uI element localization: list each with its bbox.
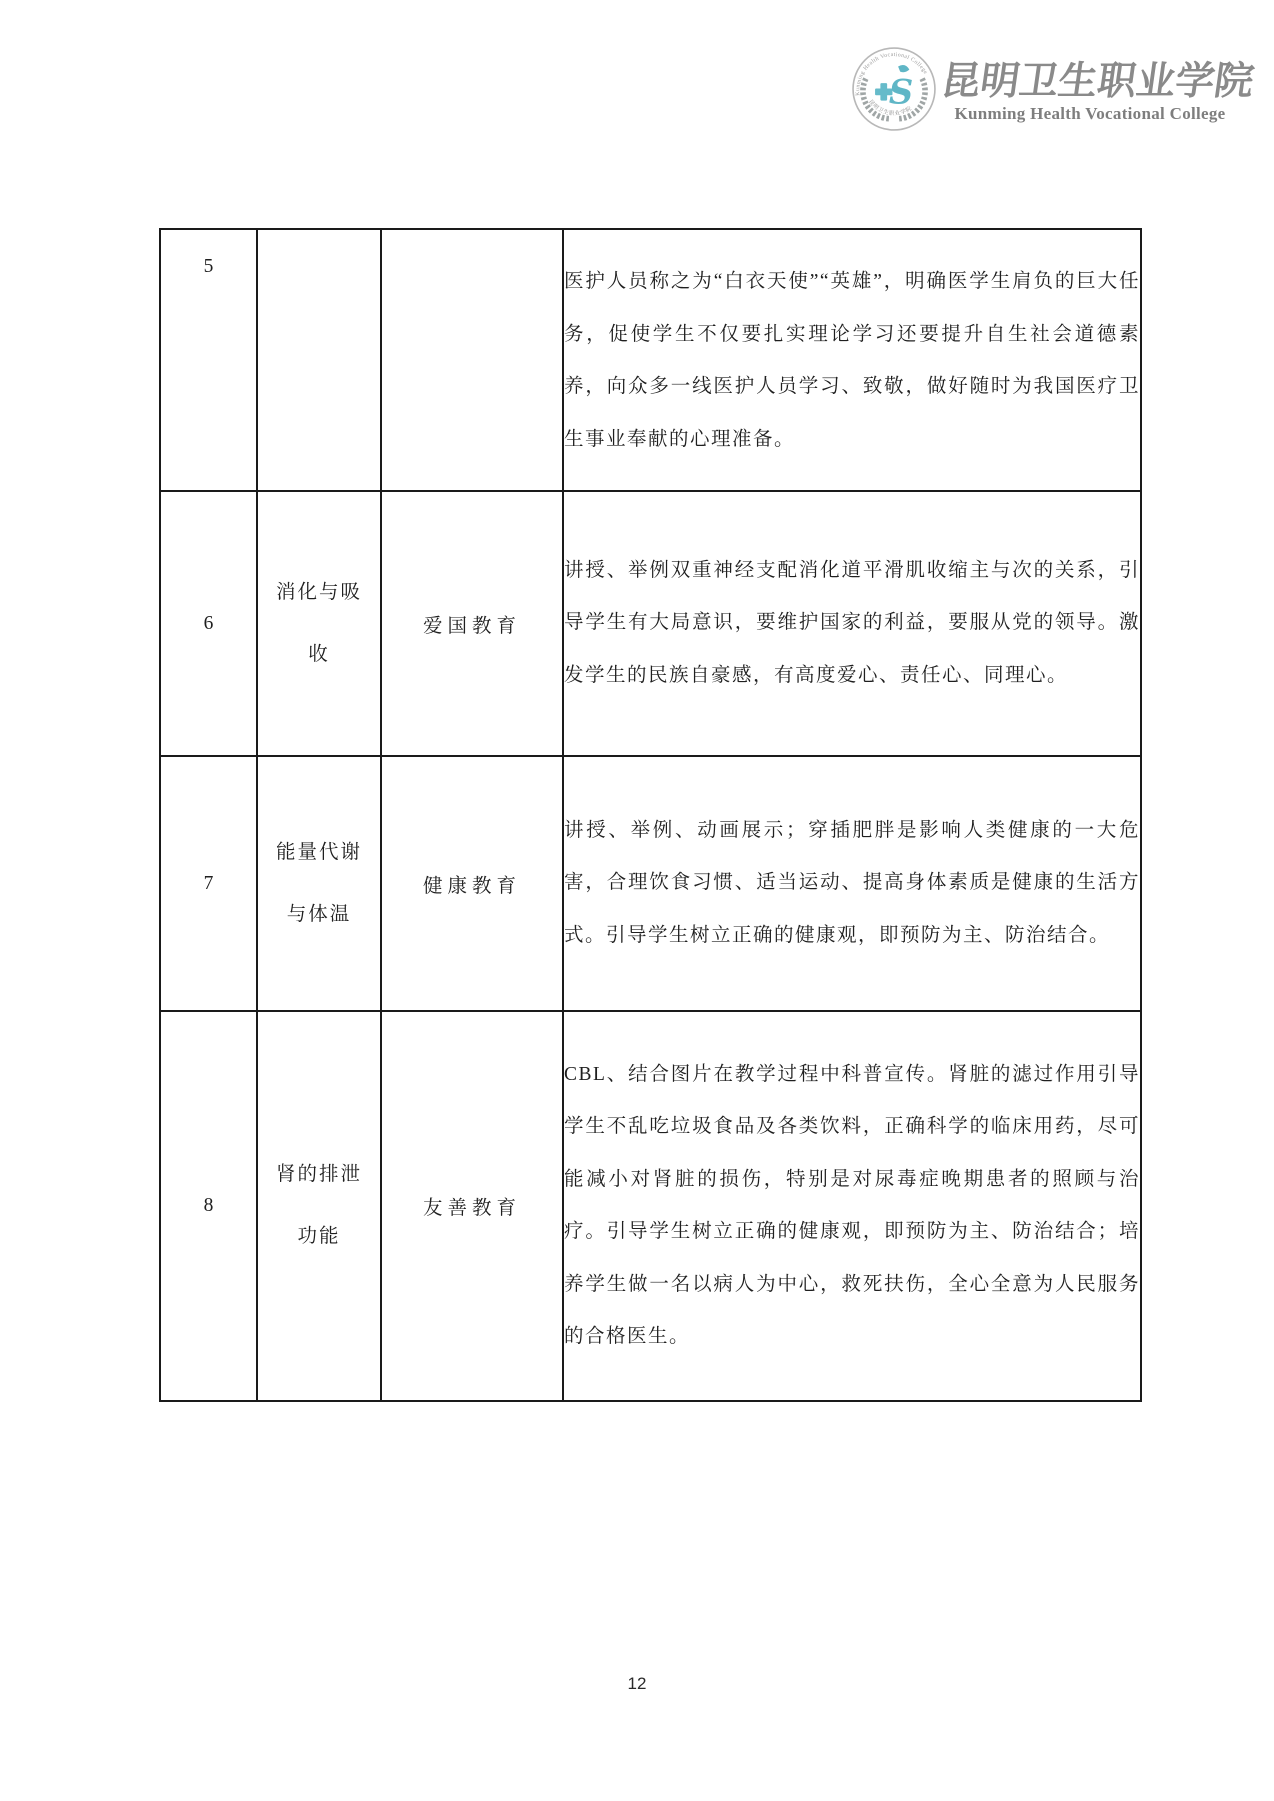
page-header: Kunming Health Vocational College S 昆明卫生…: [0, 0, 1274, 160]
description-cell: CBL、结合图片在教学过程中科普宣传。肾脏的滤过作用引导学生不乱吃垃圾食品及各类…: [563, 1011, 1141, 1401]
topic-cell: 能量代谢与体温: [257, 756, 381, 1011]
table-row: 8 肾的排泄功能 友善教育 CBL、结合图片在教学过程中科普宣传。肾脏的滤过作用…: [160, 1011, 1141, 1401]
topic-cell: 消化与吸收: [257, 491, 381, 756]
college-name-en: Kunming Health Vocational College: [940, 104, 1240, 124]
row-number-cell: 5: [160, 229, 257, 491]
row-number-cell: 6: [160, 491, 257, 756]
topic-text: 能量代谢与体温: [275, 822, 363, 946]
row-number-cell: 7: [160, 756, 257, 1011]
description-cell: 讲授、举例、动画展示；穿插肥胖是影响人类健康的一大危害，合理饮食习惯、适当运动、…: [563, 756, 1141, 1011]
logo-dragon-icon: S: [889, 71, 913, 111]
topic-text: 消化与吸收: [275, 562, 363, 686]
education-cell: 爱国教育: [381, 491, 563, 756]
college-logo: Kunming Health Vocational College S 昆明卫生…: [851, 46, 937, 132]
college-name-zh: 昆明卫生职业学院: [938, 50, 1252, 106]
topic-cell: 肾的排泄功能: [257, 1011, 381, 1401]
table-row: 6 消化与吸收 爱国教育 讲授、举例双重神经支配消化道平滑肌收缩主与次的关系，引…: [160, 491, 1141, 756]
education-cell: 友善教育: [381, 1011, 563, 1401]
document-page: Kunming Health Vocational College S 昆明卫生…: [0, 0, 1274, 1801]
page-number: 12: [0, 1674, 1274, 1694]
description-cell: 医护人员称之为“白衣天使”“英雄”，明确医学生肩负的巨大任务，促使学生不仅要扎实…: [563, 229, 1141, 491]
table-row: 5 医护人员称之为“白衣天使”“英雄”，明确医学生肩负的巨大任务，促使学生不仅要…: [160, 229, 1141, 491]
topic-text: 肾的排泄功能: [275, 1144, 363, 1268]
table-row: 7 能量代谢与体温 健康教育 讲授、举例、动画展示；穿插肥胖是影响人类健康的一大…: [160, 756, 1141, 1011]
course-ideology-table: 5 医护人员称之为“白衣天使”“英雄”，明确医学生肩负的巨大任务，促使学生不仅要…: [159, 228, 1142, 1402]
education-cell: 健康教育: [381, 756, 563, 1011]
description-cell: 讲授、举例双重神经支配消化道平滑肌收缩主与次的关系，引导学生有大局意识，要维护国…: [563, 491, 1141, 756]
education-cell: [381, 229, 563, 491]
topic-cell: [257, 229, 381, 491]
row-number-cell: 8: [160, 1011, 257, 1401]
